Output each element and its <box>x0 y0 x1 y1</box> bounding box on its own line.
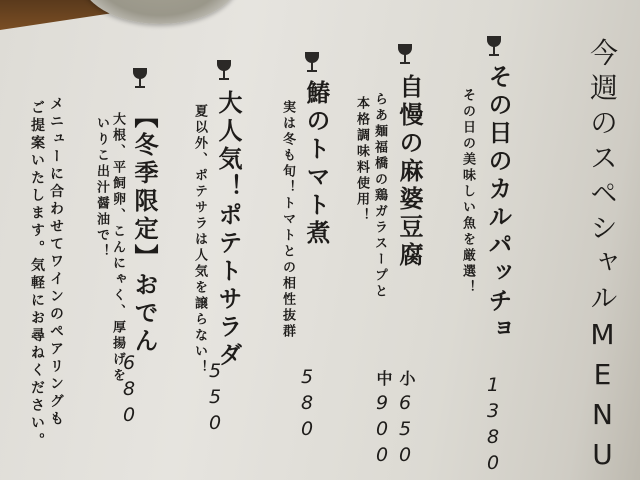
menu-title: 今週のスペシャルMENU <box>582 38 622 478</box>
item-price-mapo-medium: 900 <box>371 392 393 470</box>
item-name-carpaccio: その日のカルパッチョ <box>481 64 516 344</box>
item-desc-sawara-tomato: 実は冬も旬！トマトとの相性抜群 <box>278 100 297 340</box>
item-price-oden: 680 <box>118 352 140 430</box>
item-price-sawara-tomato: 580 <box>296 366 318 444</box>
item-desc-potato-salad: 夏以外、ポテサラは人気を譲らない！ <box>190 104 209 376</box>
item-desc-carpaccio: その日の美味しい魚を厳選！ <box>458 88 477 296</box>
footer-note-line-2: ご提案いたします。気軽にお尋ねください。 <box>27 100 47 450</box>
item-desc-mapo-tofu-2: 本格調味料使用！ <box>352 96 371 224</box>
wine-glass-icon <box>133 68 147 90</box>
item-name-oden: 【冬季限定】おでん <box>127 104 162 356</box>
wine-glass-icon <box>305 52 319 74</box>
size-label-medium: 中 <box>372 370 395 390</box>
item-name-sawara-tomato: 鰆のトマト煮 <box>299 80 334 248</box>
item-desc-mapo-tofu-1: らあ麺福橋の鶏ガラスープと <box>370 92 389 300</box>
item-price-mapo-small: 650 <box>394 392 416 470</box>
wine-glass-icon <box>398 44 412 66</box>
item-desc-oden-2: いりこ出汁醤油で！ <box>92 116 111 260</box>
item-price-potato-salad: 550 <box>204 360 226 438</box>
item-name-potato-salad: 大人気！ポテトサラダ <box>211 90 246 370</box>
item-price-carpaccio: 1380 <box>482 374 504 478</box>
wine-glass-icon <box>217 60 231 82</box>
wine-glass-icon <box>487 36 501 58</box>
size-label-small: 小 <box>395 370 418 390</box>
footer-note-line-1: メニューに合わせてワインのペアリングも <box>46 96 66 429</box>
item-name-mapo-tofu: 自慢の麻婆豆腐 <box>392 74 427 270</box>
